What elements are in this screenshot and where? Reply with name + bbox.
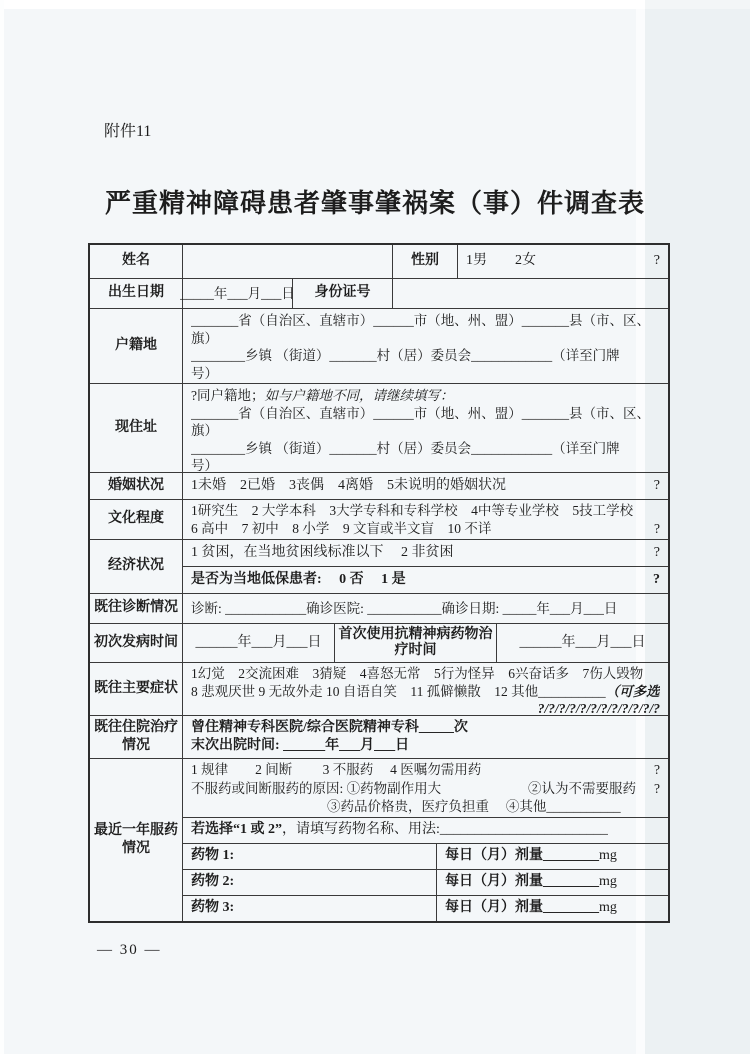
- gender-options: 1男 2女: [466, 252, 536, 270]
- drug3-name: 药物 3:: [183, 896, 436, 921]
- economic-lowincome: 是否为当地低保患者: 0 否 1 是: [191, 571, 406, 589]
- diagnosis-cell: 诊断: ____________确诊医院: ___________确诊日期: _…: [182, 594, 668, 623]
- gender-cell: 1男 2女 ?: [457, 245, 668, 278]
- row-economic: 经济状况 1 贫困，在当地贫困线标准以下 2 非贫困 ? 是否为当地低保患者: …: [90, 539, 668, 593]
- education-mark: ?: [654, 520, 660, 538]
- drug1-name: 药物 1:: [183, 844, 436, 869]
- diagnosis-label: 既往诊断情况: [90, 594, 182, 623]
- household-line1: _______省（自治区、直辖市）______市（地、州、盟）_______县（…: [191, 312, 660, 330]
- row-diagnosis: 既往诊断情况 诊断: ____________确诊医院: ___________…: [90, 593, 668, 623]
- symptoms-line2-row: 8 悲观厌世 9 无故外走 10 自语自笑 11 孤僻懒散 12 其他_____…: [191, 683, 660, 701]
- marital-cell: 1未婚 2已婚 3丧偶 4离婚 5未说明的婚姻状况 ?: [182, 473, 668, 499]
- row-education: 文化程度 1研究生 2 大学本科 3大学专科和专科学校 4中等专业学校 5技工学…: [90, 499, 668, 539]
- scan-edge-bottom: [0, 1054, 750, 1060]
- household-address-cell: _______省（自治区、直辖市）______市（地、州、盟）_______县（…: [182, 309, 668, 383]
- hospitalization-line2: 末次出院时间: ______年___月___日: [191, 737, 660, 755]
- medication-choose-row: 若选择“1 或 2”，请填写药物名称、用法: _________________…: [183, 817, 668, 843]
- medication-label: 最近一年服药情况: [90, 759, 182, 921]
- hospitalization-cell: 曾住精神专科医院/综合医院精神专科_____次 末次出院时间: ______年_…: [182, 716, 668, 758]
- idcard-label: 身份证号: [292, 279, 392, 308]
- household-line2: ________乡镇 （街道）_______村（居）委员会___________…: [191, 347, 660, 365]
- drug1-unit: mg: [599, 847, 617, 865]
- residence-line2: ________乡镇 （街道）_______村（居）委员会___________…: [191, 440, 660, 458]
- scan-edge-left: [0, 0, 4, 1060]
- medication-options: 1 规律 2 间断 3 不服药 4 医嘱勿需用药: [191, 761, 481, 780]
- row-marital: 婚姻状况 1未婚 2已婚 3丧偶 4离婚 5未说明的婚姻状况 ?: [90, 472, 668, 499]
- scanned-page: 附件11 严重精神障碍患者肇事肇祸案（事）件调查表 姓名 性别 1男 2女 ? …: [0, 0, 750, 1060]
- symptoms-multiselect-note: （可多选）: [606, 684, 660, 699]
- marital-options: 1未婚 2已婚 3丧偶 4离婚 5未说明的婚姻状况: [191, 477, 506, 495]
- economic-subrow-2: 是否为当地低保患者: 0 否 1 是 ?: [183, 566, 668, 593]
- drug-row-3: 药物 3: 每日（月）剂量________mg: [183, 895, 668, 921]
- row-symptoms: 既往主要症状 1幻觉 2交流困难 3猜疑 4喜怒无常 5行为怪异 6兴奋话多 7…: [90, 662, 668, 715]
- drug2-unit: mg: [599, 873, 617, 891]
- residence-line1-wrap: 旗）: [191, 422, 660, 440]
- symptoms-label: 既往主要症状: [90, 663, 182, 715]
- row-residence: 现住址 ?同户籍地；如与户籍地不同，请继续填写： _______省（自治区、直辖…: [90, 383, 668, 472]
- medication-reason-line1: 不服药或间断服药的原因: ①药物副作用大 ②认为不需要服药 ?: [191, 780, 660, 799]
- residence-address-cell: ?同户籍地；如与户籍地不同，请继续填写： _______省（自治区、直辖市）__…: [182, 384, 668, 472]
- symptoms-line1: 1幻觉 2交流困难 3猜疑 4喜怒无常 5行为怪异 6兴奋话多 7伤人毁物: [191, 665, 660, 683]
- row-hospitalization: 既往住院治疗情况 曾住精神专科医院/综合医院精神专科_____次 末次出院时间:…: [90, 715, 668, 758]
- economic-subrow-1: 1 贫困，在当地贫困线标准以下 2 非贫困 ?: [183, 540, 668, 566]
- medication-reason-mark: ?: [654, 780, 660, 799]
- drug2-name: 药物 2:: [183, 870, 436, 895]
- gender-mark: ?: [654, 252, 660, 270]
- medication-choose-bold: 若选择“1 或 2”: [191, 821, 282, 839]
- household-line1-wrap: 旗）: [191, 330, 660, 348]
- residence-line1: _______省（自治区、直辖市）______市（地、州、盟）_______县（…: [191, 405, 660, 423]
- attachment-label: 附件11: [104, 118, 151, 141]
- education-line1: 1研究生 2 大学本科 3大学专科和专科学校 4中等专业学校 5技工学校: [191, 502, 660, 520]
- residence-note: ?同户籍地；如与户籍地不同，请继续填写：: [191, 387, 660, 405]
- onset-label: 初次发病时间: [90, 624, 182, 662]
- symptoms-marks-line: ?/?/?/?/?/?/?/?/?/?/?/?: [191, 700, 660, 718]
- drug-row-1: 药物 1: 每日（月）剂量________mg: [183, 843, 668, 869]
- economic-mark-1: ?: [654, 544, 660, 562]
- economic-mark-2: ?: [653, 571, 660, 589]
- row-medication: 最近一年服药情况 1 规律 2 间断 3 不服药 4 医嘱勿需用药 ? 不服药或…: [90, 758, 668, 921]
- education-line2-row: 6 高中 7 初中 8 小学 9 文盲或半文盲 10 不详 ?: [191, 520, 660, 538]
- page-number: — 30 —: [97, 942, 162, 959]
- idcard-value-cell: [392, 279, 668, 308]
- economic-cell: 1 贫困，在当地贫困线标准以下 2 非贫困 ? 是否为当地低保患者: 0 否 1…: [182, 540, 668, 593]
- medication-choose-rest: ，请填写药物名称、用法:: [282, 821, 440, 839]
- row-name-gender: 姓名 性别 1男 2女 ?: [90, 245, 668, 278]
- marital-label: 婚姻状况: [90, 473, 182, 499]
- marital-mark: ?: [654, 477, 660, 495]
- birth-label: 出生日期: [90, 279, 182, 308]
- economic-options: 1 贫困，在当地贫困线标准以下 2 非贫困: [191, 544, 454, 562]
- birth-value-cell: _____年___月___日: [182, 279, 292, 308]
- name-value-cell: [182, 245, 392, 278]
- medication-reason-line2: ③药品价格贵，医疗负担重 ④其他___________: [327, 798, 660, 817]
- medication-reason-a: 不服药或间断服药的原因: ①药物副作用大: [191, 780, 441, 799]
- drug3-dose: 每日（月）剂量________: [445, 899, 599, 917]
- medication-options-cell: 1 规律 2 间断 3 不服药 4 医嘱勿需用药 ? 不服药或间断服药的原因: …: [183, 759, 668, 817]
- onset-treat-label: 首次使用抗精神病药物治疗时间: [334, 624, 496, 662]
- drug1-dose: 每日（月）剂量________: [445, 847, 599, 865]
- onset-date-cell: ______年___月___日: [182, 624, 334, 662]
- education-cell: 1研究生 2 大学本科 3大学专科和专科学校 4中等专业学校 5技工学校 6 高…: [182, 500, 668, 539]
- medication-reason-b: ②认为不需要服药: [528, 780, 636, 799]
- education-label: 文化程度: [90, 500, 182, 539]
- name-label: 姓名: [90, 245, 182, 278]
- drug-row-2: 药物 2: 每日（月）剂量________mg: [183, 869, 668, 895]
- education-line2: 6 高中 7 初中 8 小学 9 文盲或半文盲 10 不详: [191, 520, 491, 538]
- drug2-dose: 每日（月）剂量________: [445, 873, 599, 891]
- drug3-unit: mg: [599, 899, 617, 917]
- row-household: 户籍地 _______省（自治区、直辖市）______市（地、州、盟）_____…: [90, 308, 668, 383]
- household-line2-wrap: 号）: [191, 365, 660, 383]
- residence-note-prefix: ?同户籍地；: [191, 388, 265, 403]
- residence-note-italic: 如与户籍地不同，请继续填写：: [265, 388, 454, 403]
- medication-opt-line: 1 规律 2 间断 3 不服药 4 医嘱勿需用药 ?: [191, 761, 660, 780]
- onset-treat-date-cell: ______年___月___日: [496, 624, 668, 662]
- hospitalization-label: 既往住院治疗情况: [90, 716, 182, 758]
- hospitalization-line1: 曾住精神专科医院/综合医院精神专科_____次: [191, 719, 660, 737]
- residence-label: 现住址: [90, 384, 182, 472]
- survey-table: 姓名 性别 1男 2女 ? 出生日期 _____年___月___日 身份证号 户…: [88, 243, 670, 923]
- medication-opt-mark: ?: [654, 761, 660, 780]
- medication-choose-line: ________________________: [440, 821, 608, 839]
- gender-label: 性别: [392, 245, 457, 278]
- residence-line2-wrap: 号）: [191, 457, 660, 475]
- symptoms-cell: 1幻觉 2交流困难 3猜疑 4喜怒无常 5行为怪异 6兴奋话多 7伤人毁物 8 …: [182, 663, 668, 715]
- symptoms-line2: 8 悲观厌世 9 无故外走 10 自语自笑 11 孤僻懒散 12 其他_____…: [191, 684, 606, 699]
- drug3-dose-cell: 每日（月）剂量________mg: [436, 896, 668, 921]
- document-title: 严重精神障碍患者肇事肇祸案（事）件调查表: [0, 183, 750, 220]
- row-birth-id: 出生日期 _____年___月___日 身份证号: [90, 278, 668, 308]
- drug1-dose-cell: 每日（月）剂量________mg: [436, 844, 668, 869]
- drug2-dose-cell: 每日（月）剂量________mg: [436, 870, 668, 895]
- row-onset: 初次发病时间 ______年___月___日 首次使用抗精神病药物治疗时间 __…: [90, 623, 668, 662]
- economic-label: 经济状况: [90, 540, 182, 593]
- household-label: 户籍地: [90, 309, 182, 383]
- medication-cell: 1 规律 2 间断 3 不服药 4 医嘱勿需用药 ? 不服药或间断服药的原因: …: [182, 759, 668, 921]
